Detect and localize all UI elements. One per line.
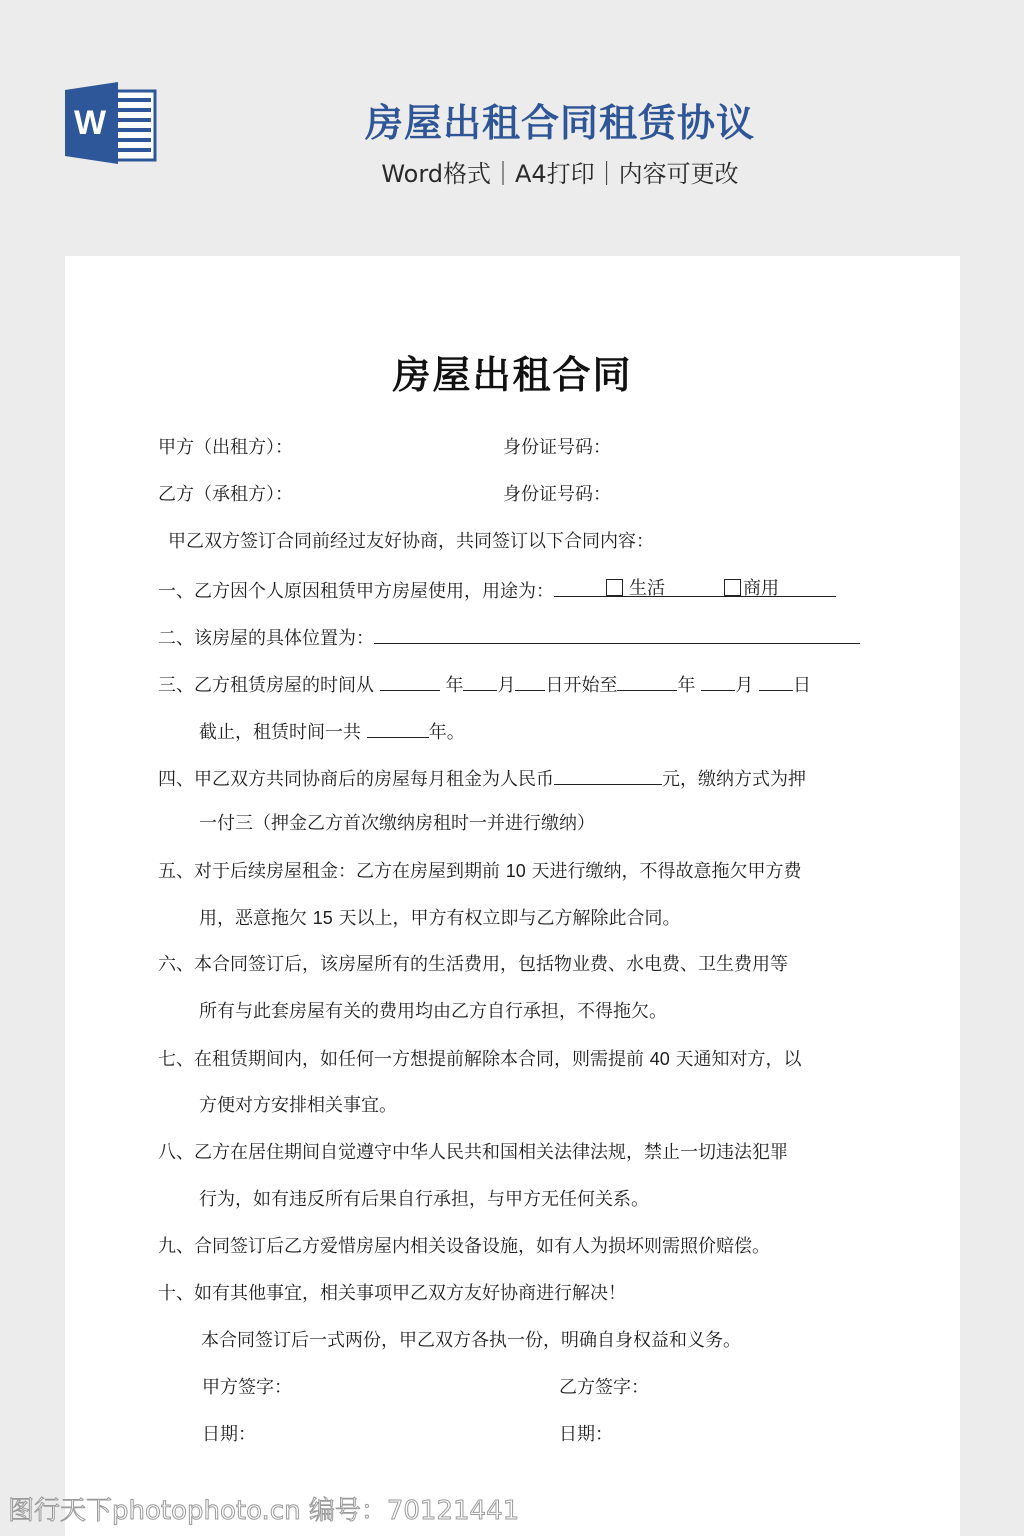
usage-option-living[interactable]: 生活 — [606, 577, 665, 601]
location-field[interactable] — [374, 624, 860, 644]
clause-3-line-2: 截止，租赁时间一共 年。 — [199, 718, 465, 745]
clause-4-line-2: 一付三（押金乙方首次缴纳房租时一并进行缴纳） — [199, 812, 595, 836]
start-month-field[interactable] — [463, 671, 497, 691]
clause-6-line-1: 六、本合同签订后，该房屋所有的生活费用，包括物业费、水电费、卫生费用等 — [158, 953, 788, 977]
banner-title: 房屋出租合同租赁协议 — [300, 92, 820, 147]
payment-days-before: 10 — [506, 861, 526, 881]
party-a-label: 甲方（出租方）： — [158, 436, 293, 460]
document-page: 房屋出租合同 甲方（出租方）： 身份证号码： 乙方（承租方）： 身份证号码： 甲… — [65, 256, 960, 1536]
end-month-field[interactable] — [701, 671, 735, 691]
clause-4-line-1: 四、甲乙双方共同协商后的房屋每月租金为人民币元，缴纳方式为押 — [158, 765, 806, 792]
clause-1: 一、乙方因个人原因租赁甲方房屋使用，用途为：生活商用 — [158, 577, 836, 604]
notice-days: 40 — [650, 1049, 670, 1069]
party-b-label: 乙方（承租方）： — [158, 483, 293, 507]
checkbox-living[interactable] — [606, 579, 623, 596]
rent-amount-field[interactable] — [554, 765, 662, 785]
party-b-signature-label: 乙方签字： — [559, 1376, 649, 1400]
start-day-field[interactable] — [515, 671, 545, 691]
clause-6-line-2: 所有与此套房屋有关的费用均由乙方自行承担，不得拖欠。 — [199, 1000, 667, 1024]
banner-subtitle: Word格式｜A4打印｜内容可更改 — [300, 154, 820, 189]
clause-7-line-2: 方便对方安排相关事宜。 — [199, 1094, 397, 1118]
party-a-signature-label: 甲方签字： — [202, 1376, 292, 1400]
overdue-days: 15 — [313, 908, 333, 928]
clause-5-line-1: 五、对于后续房屋租金：乙方在房屋到期前 10 天进行缴纳，不得故意拖欠甲方费 — [158, 859, 802, 884]
party-b-id-label: 身份证号码： — [503, 483, 611, 507]
end-day-field[interactable] — [759, 671, 793, 691]
document-title: 房屋出租合同 — [65, 344, 960, 399]
usage-field: 生活商用 — [554, 577, 836, 597]
party-a-date-label: 日期： — [202, 1423, 256, 1447]
usage-option-commercial[interactable]: 商用 — [724, 577, 779, 601]
svg-text:W: W — [74, 104, 107, 142]
word-document-icon: W — [65, 82, 157, 164]
party-a-id-label: 身份证号码： — [503, 436, 611, 460]
watermark: 图行天下photophoto.cn 编号：70121441 — [8, 1490, 519, 1527]
clause-2: 二、该房屋的具体位置为： — [158, 624, 860, 651]
closing-text: 本合同签订后一式两份，甲乙双方各执一份，明确自身权益和义务。 — [201, 1329, 741, 1353]
clause-3-line-1: 三、乙方租赁房屋的时间从 年月日开始至年 月 日 — [158, 671, 811, 698]
clause-8-line-1: 八、乙方在居住期间自觉遵守中华人民共和国相关法律法规，禁止一切违法犯罪 — [158, 1141, 788, 1165]
clause-9: 九、合同签订后乙方爱惜房屋内相关设备设施，如有人为损坏则需照价赔偿。 — [158, 1235, 770, 1259]
clause-10: 十、如有其他事宜，相关事项甲乙双方友好协商进行解决！ — [158, 1282, 626, 1306]
party-b-date-label: 日期： — [559, 1423, 613, 1447]
checkbox-commercial[interactable] — [724, 579, 741, 596]
lease-years-field[interactable] — [367, 718, 429, 738]
clause-5-line-2: 用，恶意拖欠 15 天以上，甲方有权立即与乙方解除此合同。 — [199, 906, 681, 931]
start-year-field[interactable] — [380, 671, 440, 691]
end-year-field[interactable] — [617, 671, 677, 691]
clause-1-text: 一、乙方因个人原因租赁甲方房屋使用，用途为： — [158, 581, 554, 602]
clause-8-line-2: 行为，如有违反所有后果自行承担，与甲方无任何关系。 — [199, 1188, 649, 1212]
intro-text: 甲乙双方签订合同前经过友好协商，共同签订以下合同内容： — [168, 530, 654, 554]
clause-7-line-1: 七、在租赁期间内，如任何一方想提前解除本合同，则需提前 40 天通知对方，以 — [158, 1047, 802, 1072]
